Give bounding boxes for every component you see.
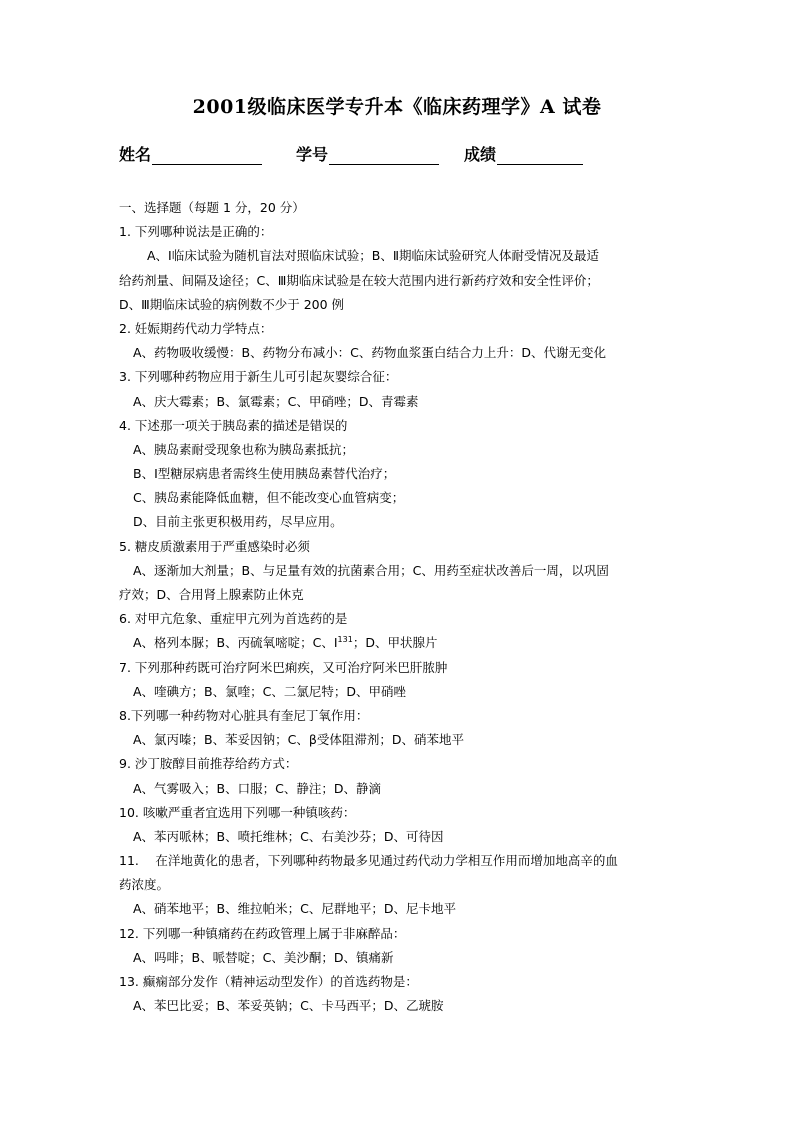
score-field: 成绩 (464, 142, 583, 165)
name-blank[interactable] (152, 148, 262, 165)
question-11-stem-line-1: 11. 在洋地黄化的患者，下列哪种药物最多见通过药代动力学相互作用而增加地高辛的… (119, 849, 675, 873)
question-7-stem: 7. 下列那种药既可治疗阿米巴痢疾，又可治疗阿米巴肝脓肿 (119, 656, 675, 680)
exam-title: 2001级临床医学专升本《临床药理学》A 试卷 (0, 92, 794, 119)
question-2-options: A、药物吸收缓慢：B、药物分布减小：C、药物血浆蛋白结合力上升：D、代谢无变化 (119, 341, 675, 365)
score-blank[interactable] (497, 148, 583, 165)
question-6-options-tail: ；D、甲状腺片 (353, 635, 438, 650)
exam-content: 一、选择题（每题 1 分，20 分） 1. 下列哪种说法是正确的： A、Ⅰ临床试… (119, 196, 675, 1018)
question-4-stem: 4. 下述那一项关于胰岛素的描述是错误的 (119, 414, 675, 438)
question-4-option-d: D、目前主张更积极用药，尽早应用。 (119, 510, 675, 534)
question-12-options: A、吗啡；B、哌替啶；C、美沙酮；D、镇痛新 (119, 946, 675, 970)
question-6-options-head: A、格列本脲；B、丙硫氧嘧啶；C、I (133, 635, 338, 650)
name-field: 姓名 (119, 142, 262, 165)
question-11-options: A、硝苯地平；B、维拉帕米；C、尼群地平；D、尼卡地平 (119, 897, 675, 921)
student-id-label: 学号 (296, 142, 328, 165)
question-9-options: A、气雾吸入；B、口服；C、静注；D、静滴 (119, 777, 675, 801)
question-3-stem: 3. 下列哪种药物应用于新生儿可引起灰婴综合征： (119, 365, 675, 389)
student-id-field: 学号 (296, 142, 439, 165)
question-8-stem: 8.下列哪一种药物对心脏具有奎尼丁氧作用： (119, 704, 675, 728)
exam-page: 2001级临床医学专升本《临床药理学》A 试卷 姓名 学号 成绩 一、选择题（每… (0, 0, 794, 1123)
name-label: 姓名 (119, 142, 151, 165)
question-1-options-line-2: 给药剂量、间隔及途径；C、Ⅲ期临床试验是在较大范围内进行新药疗效和安全性评价； (119, 269, 675, 293)
question-13-stem: 13. 癫痫部分发作（精神运动型发作）的首选药物是： (119, 970, 675, 994)
question-5-options-line-1: A、逐渐加大剂量；B、与足量有效的抗菌素合用；C、用药至症状改善后一周，以巩固 (119, 559, 675, 583)
question-10-stem: 10. 咳嗽严重者宜选用下列哪一种镇咳药： (119, 801, 675, 825)
question-6-options: A、格列本脲；B、丙硫氧嘧啶；C、I131；D、甲状腺片 (119, 631, 675, 655)
question-6-stem: 6. 对甲亢危象、重症甲亢列为首选药的是 (119, 607, 675, 631)
question-4-option-c: C、胰岛素能降低血糖，但不能改变心血管病变； (119, 486, 675, 510)
question-1-options-line-1: A、Ⅰ临床试验为随机盲法对照临床试验；B、Ⅱ期临床试验研究人体耐受情况及最适 (119, 244, 675, 268)
question-4-option-a: A、胰岛素耐受现象也称为胰岛素抵抗； (119, 438, 675, 462)
question-13-options: A、苯巴比妥；B、苯妥英钠；C、卡马西平；D、乙琥胺 (119, 994, 675, 1018)
section-heading: 一、选择题（每题 1 分，20 分） (119, 196, 675, 220)
question-2-stem: 2. 妊娠期药代动力学特点： (119, 317, 675, 341)
question-5-options-line-2: 疗效；D、合用肾上腺素防止休克 (119, 583, 675, 607)
score-label: 成绩 (464, 142, 496, 165)
question-1-stem: 1. 下列哪种说法是正确的： (119, 220, 675, 244)
iodine-isotope-superscript: 131 (338, 635, 353, 644)
question-4-option-b: B、Ⅰ型糖尿病患者需终生使用胰岛素替代治疗； (119, 462, 675, 486)
question-12-stem: 12. 下列哪一种镇痛药在药政管理上属于非麻醉品： (119, 922, 675, 946)
question-9-stem: 9. 沙丁胺醇目前推荐给药方式： (119, 752, 675, 776)
question-3-options: A、庆大霉素；B、氯霉素；C、甲硝唑；D、青霉素 (119, 390, 675, 414)
question-7-options: A、喹碘方；B、氯喹；C、二氯尼特；D、甲硝唑 (119, 680, 675, 704)
question-11-stem-line-2: 药浓度。 (119, 873, 675, 897)
question-10-options: A、苯丙哌林；B、喷托维林；C、右美沙芬；D、可待因 (119, 825, 675, 849)
question-1-options-line-3: D、Ⅲ期临床试验的病例数不少于 200 例 (119, 293, 675, 317)
student-id-blank[interactable] (329, 148, 439, 165)
question-8-options: A、氯丙嗪；B、苯妥因钠；C、β受体阻滞剂；D、硝苯地平 (119, 728, 675, 752)
question-5-stem: 5. 糖皮质激素用于严重感染时必须 (119, 535, 675, 559)
